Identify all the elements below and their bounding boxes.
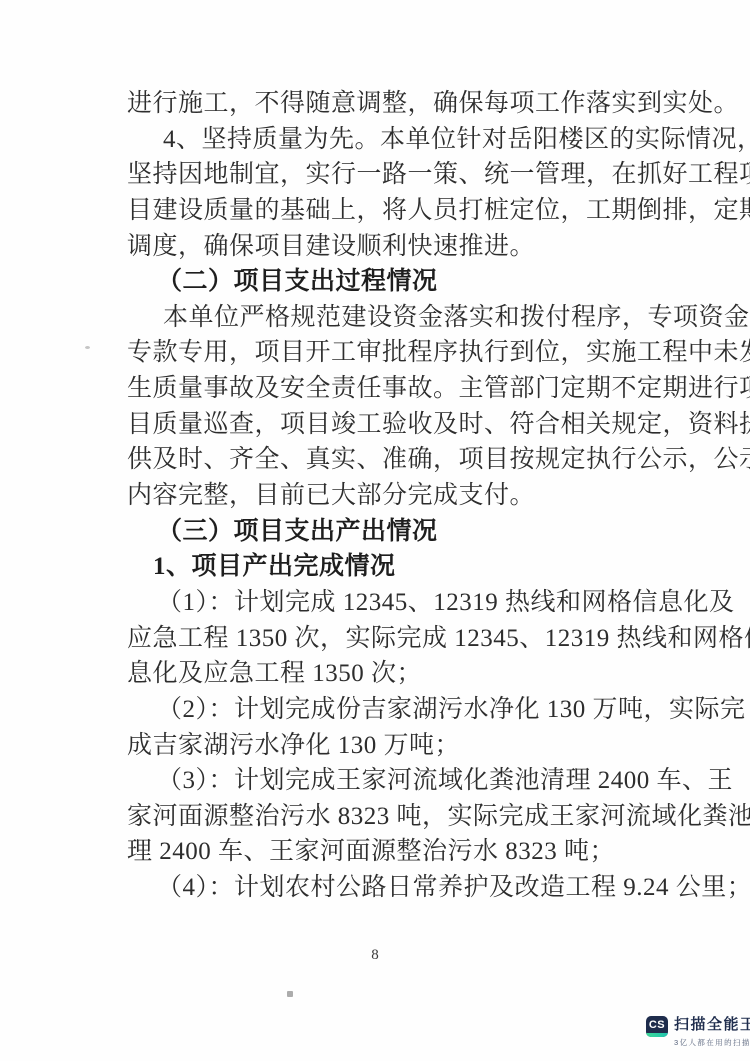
text-line: 本单位严格规范建设资金落实和拨付程序，专项资金 (127, 300, 637, 336)
section-heading: （三）项目支出产出情况 (127, 514, 637, 550)
text-line: 内容完整，目前已大部分完成支付。 (127, 478, 637, 514)
list-item: （2）：计划完成份吉家湖污水净化 130 万吨，实际完 (127, 692, 637, 728)
text-line: 生质量事故及安全责任事故。主管部门定期不定期进行项 (127, 371, 637, 407)
text-line: 理 2400 车、王家河面源整治污水 8323 吨； (127, 834, 637, 870)
text-line: 调度，确保项目建设顺利快速推进。 (127, 229, 637, 265)
watermark-text: 扫描全能王™ 3亿人都在用的扫描App (674, 1016, 750, 1048)
app-tagline: 3亿人都在用的扫描App (674, 1037, 750, 1048)
text-line: 家河面源整治污水 8323 吨，实际完成王家河流域化粪池清 (127, 799, 637, 835)
document-body: 进行施工，不得随意调整，确保每项工作落实到实处。 4、坚持质量为先。本单位针对岳… (127, 86, 637, 906)
page-number: 8 (0, 947, 750, 964)
section-heading: （二）项目支出过程情况 (127, 264, 637, 300)
camscanner-watermark: CS 扫描全能王™ 3亿人都在用的扫描App (646, 1016, 750, 1048)
text-line: 专款专用，项目开工审批程序执行到位，实施工程中未发 (127, 335, 637, 371)
text-line: 目质量巡查，项目竣工验收及时、符合相关规定，资料提 (127, 407, 637, 443)
logo-cs-text: CS (646, 1017, 668, 1033)
text-line: 息化及应急工程 1350 次； (127, 656, 637, 692)
scan-speck (85, 346, 90, 349)
text-line: 应急工程 1350 次，实际完成 12345、12319 热线和网格信 (127, 621, 637, 657)
text-line: 目建设质量的基础上，将人员打桩定位，工期倒排，定期 (127, 193, 637, 229)
text-line: 成吉家湖污水净化 130 万吨； (127, 728, 637, 764)
list-item: （1）：计划完成 12345、12319 热线和网格信息化及 (127, 585, 637, 621)
text-line: 坚持因地制宜，实行一路一策、统一管理，在抓好工程项 (127, 157, 637, 193)
logo-teal-strip (646, 1033, 668, 1037)
scan-speck (287, 991, 293, 997)
camscanner-logo-icon: CS (646, 1016, 668, 1037)
list-item: （3）：计划完成王家河流域化粪池清理 2400 车、王 (127, 763, 637, 799)
watermark-title-row: 扫描全能王™ (674, 1016, 750, 1034)
app-name: 扫描全能王 (674, 1016, 750, 1033)
subsection-heading: 1、项目产出完成情况 (127, 549, 637, 585)
text-line: 供及时、齐全、真实、准确，项目按规定执行公示，公示 (127, 442, 637, 478)
list-item: （4）：计划农村公路日常养护及改造工程 9.24 公里； (127, 870, 637, 906)
scanned-document-page: 进行施工，不得随意调整，确保每项工作落实到实处。 4、坚持质量为先。本单位针对岳… (0, 0, 750, 1061)
text-line: 进行施工，不得随意调整，确保每项工作落实到实处。 (127, 86, 637, 122)
text-line: 4、坚持质量为先。本单位针对岳阳楼区的实际情况， (127, 122, 637, 158)
